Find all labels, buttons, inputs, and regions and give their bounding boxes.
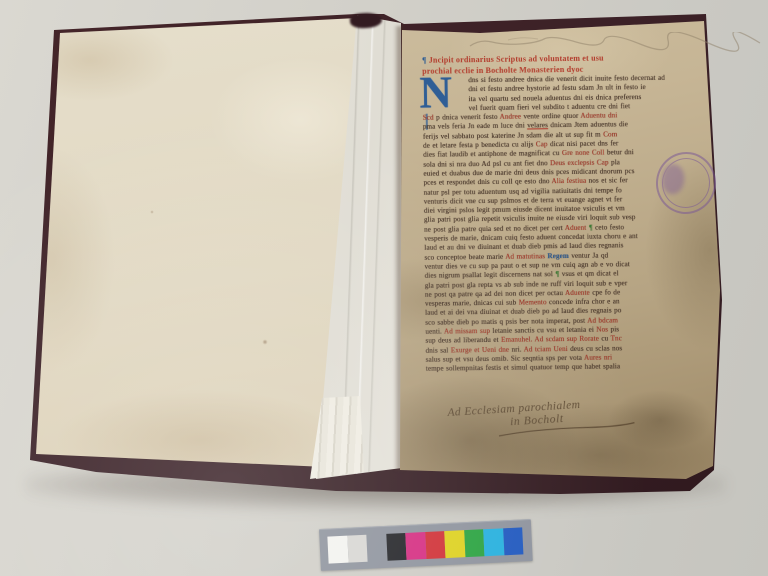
color-patch-green	[464, 529, 485, 557]
manuscript-body: dns si festo andree dnica die venerit di…	[422, 73, 713, 374]
blue-paraph-icon: ¶	[422, 56, 427, 65]
color-patch-yellow	[444, 530, 465, 558]
color-patch-magenta	[405, 532, 426, 560]
faint-inscription	[468, 32, 764, 54]
color-patch-light-gray	[347, 534, 368, 562]
color-patch-black	[386, 532, 407, 560]
color-patch-blue	[503, 527, 524, 555]
library-stamp	[652, 148, 720, 218]
manuscript-text-block: ¶ Jncipit ordinarius Scriptus ad volunta…	[422, 52, 713, 385]
color-patch-red	[425, 531, 446, 559]
color-patch-cyan	[483, 528, 504, 556]
color-patch-white	[327, 535, 348, 563]
color-calibration-bar	[319, 519, 533, 571]
photograph: ¶ Jncipit ordinarius Scriptus ad volunta…	[0, 0, 768, 576]
color-patch-spacer	[366, 533, 387, 561]
